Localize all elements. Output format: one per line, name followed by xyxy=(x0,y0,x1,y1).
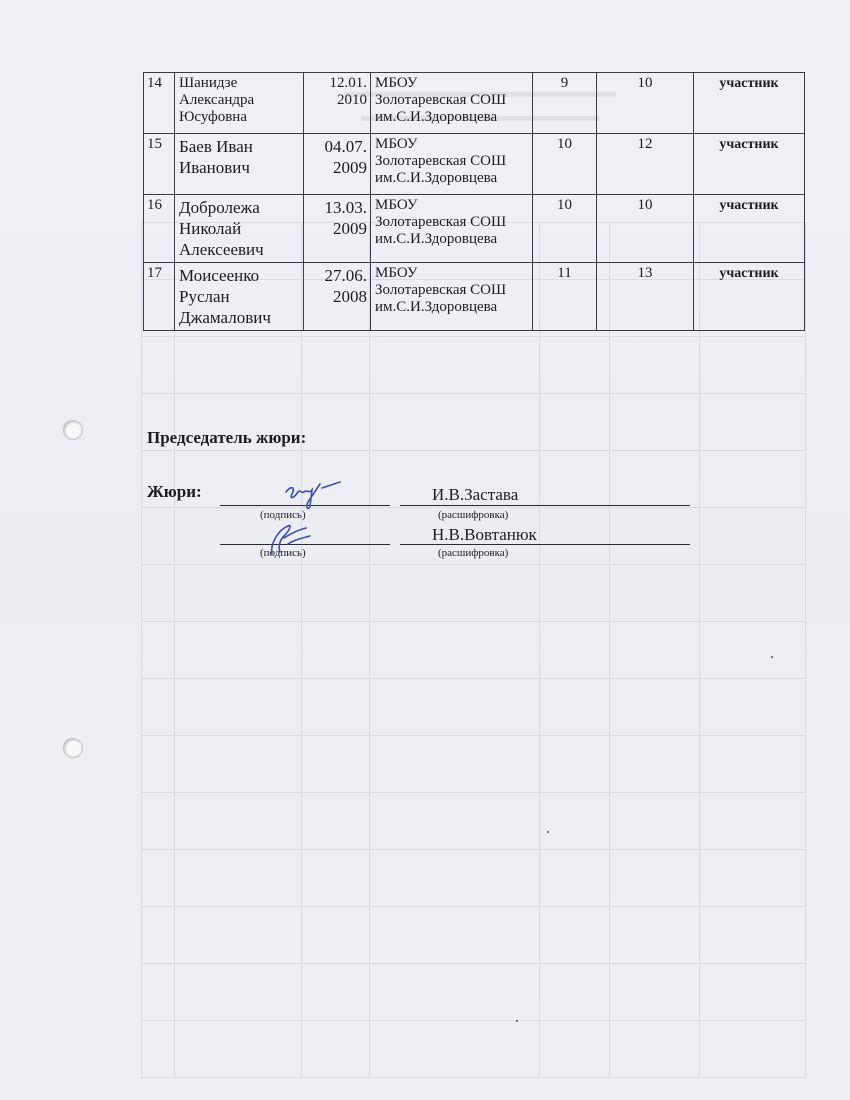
handwritten-signature-1 xyxy=(280,478,350,514)
school-name-line: Золотаревская СОШ xyxy=(375,282,528,299)
scan-speck xyxy=(547,831,549,833)
birth-date-line: 04.07. xyxy=(308,136,367,157)
jury-member-name-2: Н.В.Вовтанюк xyxy=(432,526,537,544)
participant-name-line: Николай xyxy=(179,218,299,239)
score: 10 xyxy=(597,73,694,134)
participant-status: участник xyxy=(694,73,805,134)
participant-name-line: Алексеевич xyxy=(179,239,299,260)
birth-date-line: 2008 xyxy=(308,286,367,307)
score: 12 xyxy=(597,134,694,195)
table-row: 15Баев ИванИванович04.07.2009МБОУЗолотар… xyxy=(144,134,805,195)
participant-name: Баев ИванИванович xyxy=(175,134,304,195)
participant-name-line: Шанидзе xyxy=(179,75,299,92)
scan-speck xyxy=(771,656,773,658)
school-name-line: Золотаревская СОШ xyxy=(375,214,528,231)
school-name-line: Золотаревская СОШ xyxy=(375,92,528,109)
table-row: 17МоисеенкоРусланДжамалович27.06.2008МБО… xyxy=(144,263,805,331)
school-name-line: МБОУ xyxy=(375,197,528,214)
grade: 9 xyxy=(533,73,597,134)
decoding-caption-2: (расшифровка) xyxy=(438,547,508,559)
row-number: 17 xyxy=(144,263,175,331)
table-row: 16ДобролежаНиколайАлексеевич13.03.2009МБ… xyxy=(144,195,805,263)
score: 10 xyxy=(597,195,694,263)
row-number: 15 xyxy=(144,134,175,195)
school-name: МБОУЗолотаревская СОШим.С.И.Здоровцева xyxy=(371,263,533,331)
punch-hole-bottom xyxy=(63,738,83,758)
school-name-line: МБОУ xyxy=(375,265,528,282)
birth-date-line: 2009 xyxy=(308,218,367,239)
birth-date: 12.01.2010 xyxy=(304,73,371,134)
scan-speck xyxy=(516,1020,518,1022)
participant-status: участник xyxy=(694,195,805,263)
participant-name-line: Александра xyxy=(179,92,299,109)
birth-date-line: 2010 xyxy=(308,92,367,109)
decoding-caption-1: (расшифровка) xyxy=(438,509,508,521)
birth-date: 13.03.2009 xyxy=(304,195,371,263)
birth-date-line: 13.03. xyxy=(308,197,367,218)
participant-status: участник xyxy=(694,263,805,331)
birth-date-line: 2009 xyxy=(308,157,367,178)
school-name: МБОУЗолотаревская СОШим.С.И.Здоровцева xyxy=(371,73,533,134)
participant-name-line: Джамалович xyxy=(179,307,299,328)
school-name-line: им.С.И.Здоровцева xyxy=(375,299,528,316)
participant-name-line: Юсуфовна xyxy=(179,109,299,126)
school-name: МБОУЗолотаревская СОШим.С.И.Здоровцева xyxy=(371,195,533,263)
row-number: 16 xyxy=(144,195,175,263)
participant-name-line: Моисеенко xyxy=(179,265,299,286)
school-name: МБОУЗолотаревская СОШим.С.И.Здоровцева xyxy=(371,134,533,195)
participant-status: участник xyxy=(694,134,805,195)
participant-name: МоисеенкоРусланДжамалович xyxy=(175,263,304,331)
participant-name: ДобролежаНиколайАлексеевич xyxy=(175,195,304,263)
participant-name-line: Руслан xyxy=(179,286,299,307)
name-line-1 xyxy=(400,505,690,506)
name-line-2 xyxy=(400,544,690,545)
birth-date-line: 27.06. xyxy=(308,265,367,286)
handwritten-signature-2 xyxy=(258,520,328,560)
grade: 10 xyxy=(533,195,597,263)
participant-name-line: Иванович xyxy=(179,157,299,178)
birth-date-line: 12.01. xyxy=(308,75,367,92)
school-name-line: им.С.И.Здоровцева xyxy=(375,170,528,187)
birth-date: 27.06.2008 xyxy=(304,263,371,331)
score: 13 xyxy=(597,263,694,331)
jury-label: Жюри: xyxy=(147,482,202,502)
participant-name: ШанидзеАлександраЮсуфовна xyxy=(175,73,304,134)
jury-member-name-1: И.В.Застава xyxy=(432,486,518,504)
participants-table: 14ШанидзеАлександраЮсуфовна12.01.2010МБО… xyxy=(143,72,805,331)
participant-name-line: Добролежа xyxy=(179,197,299,218)
punch-hole-top xyxy=(63,420,83,440)
grade: 10 xyxy=(533,134,597,195)
row-number: 14 xyxy=(144,73,175,134)
table-row: 14ШанидзеАлександраЮсуфовна12.01.2010МБО… xyxy=(144,73,805,134)
school-name-line: им.С.И.Здоровцева xyxy=(375,109,528,126)
school-name-line: МБОУ xyxy=(375,75,528,92)
school-name-line: Золотаревская СОШ xyxy=(375,153,528,170)
participant-name-line: Баев Иван xyxy=(179,136,299,157)
school-name-line: МБОУ xyxy=(375,136,528,153)
chairman-label: Председатель жюри: xyxy=(147,428,306,448)
school-name-line: им.С.И.Здоровцева xyxy=(375,231,528,248)
grade: 11 xyxy=(533,263,597,331)
birth-date: 04.07.2009 xyxy=(304,134,371,195)
